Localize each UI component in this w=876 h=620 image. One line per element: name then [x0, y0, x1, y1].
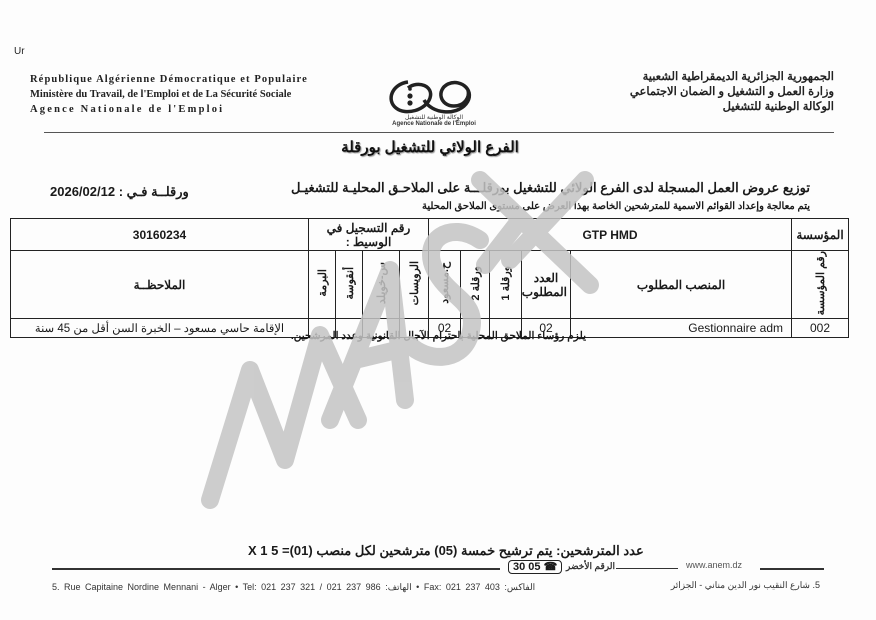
col-header-nguoussa: أنقوسة — [336, 251, 363, 319]
col-header-required-count: العدد المطلوب — [522, 251, 571, 319]
cell-remarks: الإقامة حاسي مسعود – الخبرة السن أقل من … — [11, 319, 309, 338]
col-header-position: المنصب المطلوب — [571, 251, 792, 319]
branch-title: الفرع الولائي للتشغيل بورقلة — [320, 138, 540, 156]
table-header-row: رقم المؤسسة المنصب المطلوب العدد المطلوب… — [11, 251, 849, 319]
green-number-badge: 30 05 ☎ — [508, 560, 562, 574]
fr-header-line-3: Agence Nationale de l'Emploi — [30, 102, 308, 117]
col-header-el-borma: البرمة — [309, 251, 336, 319]
obligation-note: يلزم رؤساء الملاحق المحلية باحترام الآجا… — [291, 330, 586, 342]
col-header-rouissat: الرويسات — [400, 251, 429, 319]
footer-line-left — [52, 568, 500, 570]
green-number: 30 05 — [513, 561, 541, 573]
logo-caption-ar: الوكالة الوطنية للتشغيل — [382, 114, 486, 121]
col-header-sidi-khouiled: س-خويلد — [363, 251, 400, 319]
fr-header-line-2: Ministère du Travail, de l'Emploi et de … — [30, 87, 308, 102]
cell-position: Gestionnaire adm — [571, 319, 792, 338]
col-header-remarks: الملاحظــة — [11, 251, 309, 319]
date-line: ورقلــة فـي : 2026/02/12 — [50, 184, 189, 200]
ar-header-line-1: الجمهورية الجزائرية الديمقراطية الشعبية — [630, 70, 834, 85]
cell-employer-number: 002 — [792, 319, 849, 338]
green-number-label: الرقم الأخضر — [566, 561, 615, 572]
col-header-hassi-messaoud: ح.مسعود — [429, 251, 461, 319]
registration-value: 30160234 — [11, 219, 309, 251]
website-link[interactable]: www.anem.dz — [686, 560, 742, 570]
candidates-note: عدد المترشحين: يتم ترشيح خمسة (05) مترشح… — [248, 543, 644, 559]
arabic-letterhead: الجمهورية الجزائرية الديمقراطية الشعبية … — [630, 70, 834, 115]
employer-label: المؤسسة — [792, 219, 849, 251]
col-header-employer-number: رقم المؤسسة — [792, 251, 849, 319]
employer-value: GTP HMD — [429, 219, 792, 251]
footer-line-right — [760, 568, 824, 570]
french-letterhead: République Algérienne Démocratique et Po… — [30, 72, 308, 117]
header-divider — [44, 132, 834, 133]
job-offer-table: المؤسسة GTP HMD رقم التسجيل في الوسيط : … — [10, 218, 849, 338]
ar-header-line-2: وزارة العمل و التشغيل و الضمان الاجتماعي — [630, 85, 834, 100]
svg-text:WASSIT: WASSIT — [180, 170, 184, 171]
col-header-ouargla-2: ورقلة 2 — [461, 251, 490, 319]
footer-address-ar: 5. شارع النقيب نور الدين مناني - الجزائر — [671, 580, 820, 591]
phone-icon: ☎ — [544, 561, 558, 573]
sub-title: يتم معالجة وإعداد القوائم الاسمية للمترش… — [422, 201, 810, 212]
footer-line-mid — [616, 568, 678, 569]
ar-header-line-3: الوكالة الوطنية للتشغيل — [630, 100, 834, 115]
registration-label: رقم التسجيل في الوسيط : — [309, 219, 429, 251]
date-label: ورقلــة فـي : — [119, 184, 189, 199]
employer-row: المؤسسة GTP HMD رقم التسجيل في الوسيط : … — [11, 219, 849, 251]
footer-address-fr: 5. Rue Capitaine Nordine Mennani - Alger… — [52, 582, 535, 593]
logo-caption-fr: Agence Nationale de l'Emploi — [378, 121, 490, 127]
date-value: 2026/02/12 — [50, 184, 115, 199]
distribution-title: توزيع عروض العمل المسجلة لدى الفرع الولا… — [291, 180, 810, 196]
fr-header-line-1: République Algérienne Démocratique et Po… — [30, 72, 308, 87]
col-header-ouargla-1: ورقلة 1 — [490, 251, 522, 319]
corner-mark: Ur — [14, 46, 25, 57]
